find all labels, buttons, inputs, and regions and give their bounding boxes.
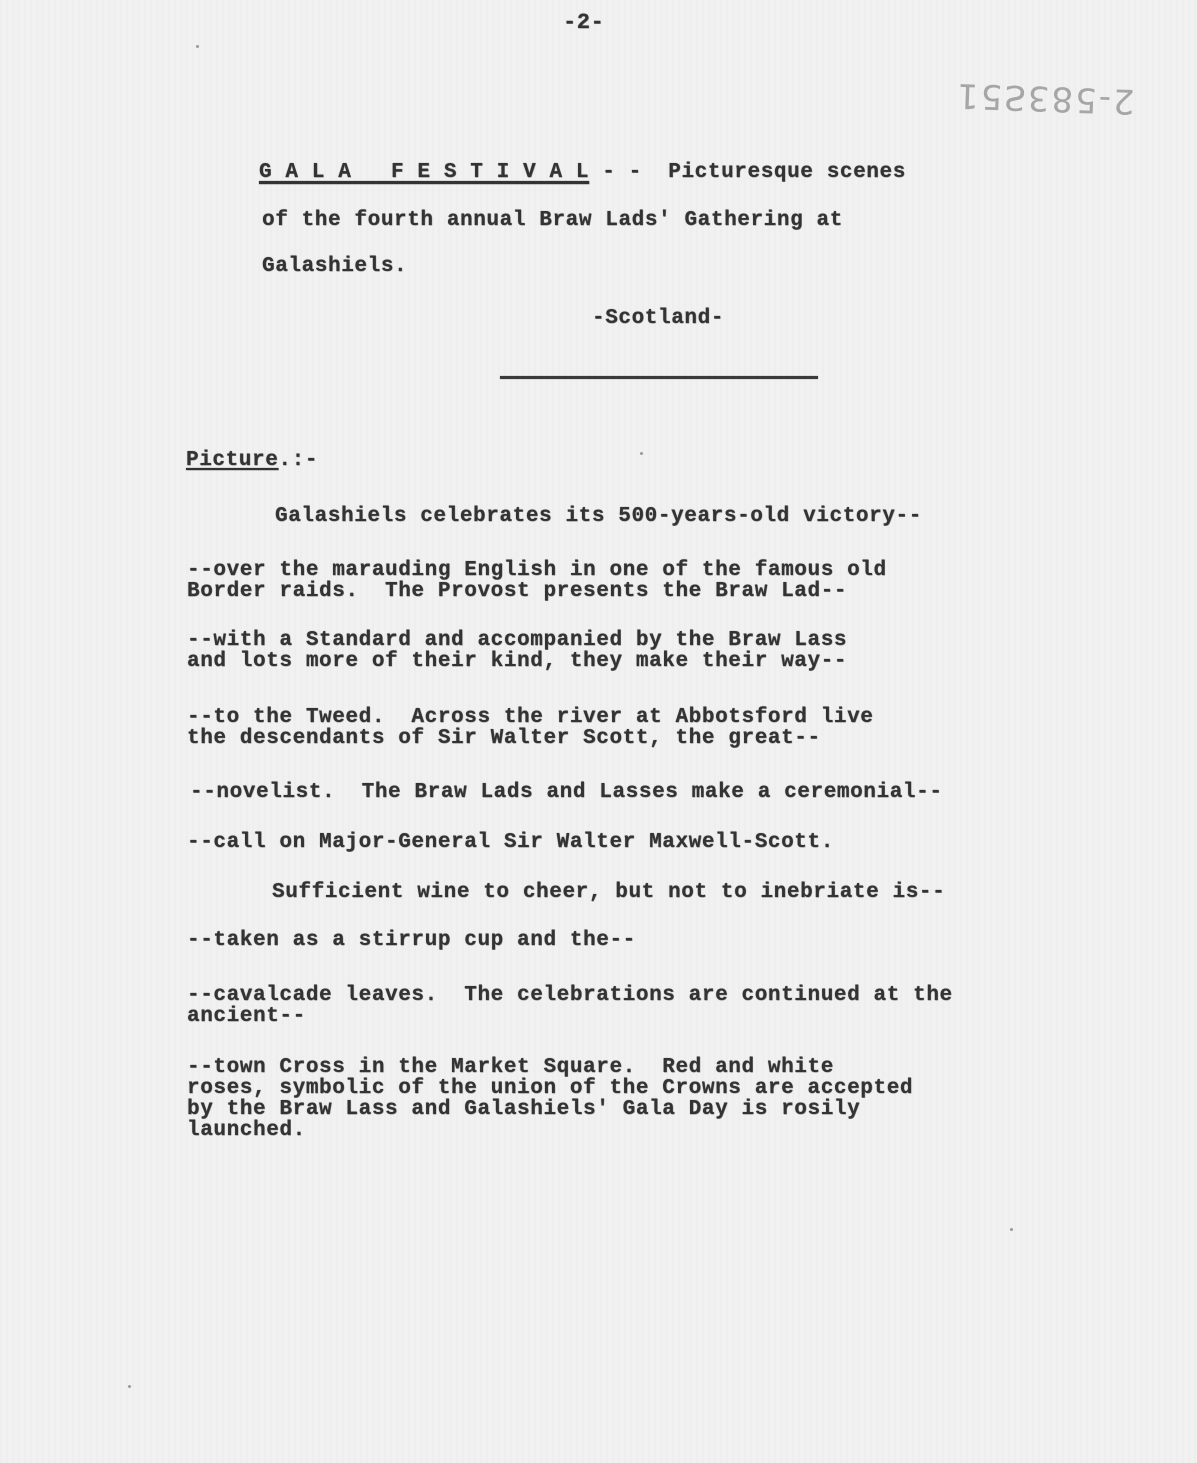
section-label: Picture.:- — [186, 450, 318, 472]
typewritten-page: -2- 2-583Ƨ51 G A L A F E S T I V A L - -… — [0, 0, 1197, 1463]
location-label: -Scotland- — [592, 308, 724, 330]
paragraph-line: --over the marauding English in one of t… — [187, 560, 887, 582]
page-number: -2- — [563, 12, 604, 34]
paper-speck — [1010, 1228, 1013, 1231]
title-line-2: of the fourth annual Braw Lads' Gatherin… — [262, 210, 843, 232]
title-divider — [500, 376, 818, 379]
paragraph-line: --taken as a stirrup cup and the-- — [187, 930, 636, 952]
paragraph-line: --call on Major-General Sir Walter Maxwe… — [187, 832, 834, 854]
paper-speck — [128, 1385, 131, 1388]
handwritten-reference-number: 2-583Ƨ51 — [954, 75, 1135, 121]
paragraph-line: --town Cross in the Market Square. Red a… — [187, 1057, 834, 1079]
paragraph-line: ancient-- — [187, 1006, 306, 1028]
section-label-text: Picture — [186, 449, 278, 472]
paragraph-line: launched. — [187, 1120, 306, 1142]
paragraph-line: roses, symbolic of the union of the Crow… — [187, 1078, 913, 1100]
title-underlined: G A L A F E S T I V A L — [259, 161, 589, 184]
paragraph-line: Border raids. The Provost presents the B… — [187, 581, 847, 603]
paragraph-line: by the Braw Lass and Galashiels' Gala Da… — [187, 1099, 860, 1121]
paragraph-line: --with a Standard and accompanied by the… — [187, 630, 847, 652]
title-suffix: - - Picturesque scenes — [589, 161, 906, 184]
paragraph-line: --to the Tweed. Across the river at Abbo… — [187, 707, 874, 729]
paper-speck — [196, 45, 199, 48]
title-line-3: Galashiels. — [262, 256, 407, 278]
paragraph-line: --cavalcade leaves. The celebrations are… — [187, 985, 953, 1007]
paper-speck — [640, 452, 643, 455]
document-title: G A L A F E S T I V A L - - Picturesque … — [259, 162, 906, 184]
paragraph-line: Galashiels celebrates its 500-years-old … — [275, 506, 922, 528]
paragraph-line: and lots more of their kind, they make t… — [187, 651, 847, 673]
paragraph-line: the descendants of Sir Walter Scott, the… — [187, 728, 821, 750]
paragraph-line: --novelist. The Braw Lads and Lasses mak… — [190, 782, 943, 804]
paragraph-line: Sufficient wine to cheer, but not to ine… — [272, 882, 945, 904]
section-label-suffix: .:- — [278, 449, 318, 472]
